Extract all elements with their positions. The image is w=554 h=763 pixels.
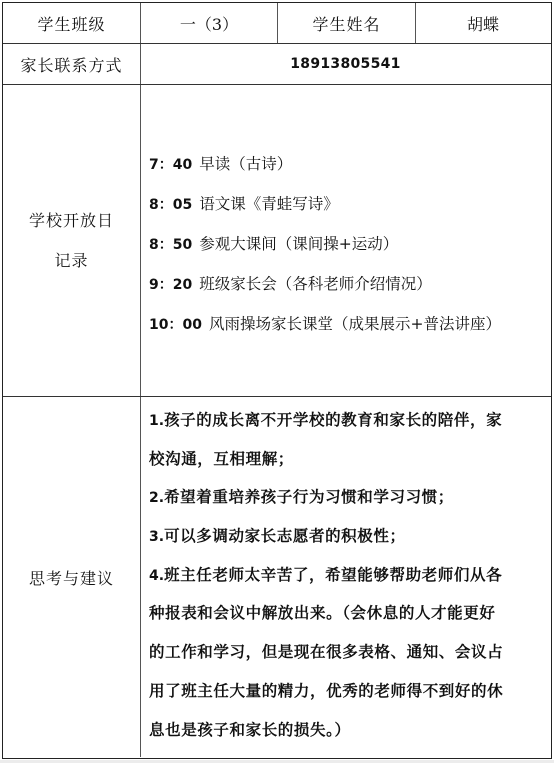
schedule-activity: 班级家长会（各科老师介绍情况）	[199, 275, 432, 293]
suggestion-line: 息也是孩子和家长的损失。）	[149, 711, 503, 750]
class-value-cell: 一（3）	[140, 3, 277, 43]
student-info-row: 学生班级 一（3） 学生姓名 胡蝶	[3, 3, 551, 44]
schedule-item: 9：20班级家长会（各科老师介绍情况）	[149, 264, 501, 304]
name-value-cell: 胡蝶	[415, 3, 550, 43]
schedule-time: 10：00	[149, 317, 202, 333]
suggestion-text: 的工作和学习，但是现在很多表格、通知、会议占	[149, 642, 503, 661]
schedule-time: 9：20	[149, 277, 192, 293]
contact-row: 家长联系方式 18913805541	[3, 44, 551, 85]
schedule-activity: 语文课《青蛙写诗》	[199, 195, 339, 213]
suggestions-content-cell: 1.孩子的成长离不开学校的教育和家长的陪伴，家 校沟通，互相理解； 2.希望着重…	[140, 397, 550, 757]
suggestion-text: 用了班主任大量的精力，优秀的老师得不到好的休	[149, 681, 503, 700]
suggestion-text: 校沟通，互相理解；	[149, 449, 294, 468]
suggestion-text: 班主任老师太辛苦了，希望能够帮助老师们从各	[164, 565, 502, 584]
open-day-label-line1: 学校开放日	[29, 201, 114, 241]
schedule-activity: 早读（古诗）	[199, 155, 292, 173]
suggestion-text: 孩子的成长离不开学校的教育和家长的陪伴，家	[164, 410, 502, 429]
suggestions-text: 1.孩子的成长离不开学校的教育和家长的陪伴，家 校沟通，互相理解； 2.希望着重…	[149, 401, 503, 749]
schedule-item: 8：05语文课《青蛙写诗》	[149, 184, 501, 224]
name-label: 学生姓名	[312, 12, 380, 35]
suggestion-line: 用了班主任大量的精力，优秀的老师得不到好的休	[149, 672, 503, 711]
suggestion-line: 的工作和学习，但是现在很多表格、通知、会议占	[149, 633, 503, 672]
parent-phone: 18913805541	[290, 56, 400, 72]
open-day-label-cell: 学校开放日 记录	[3, 85, 140, 396]
suggestion-line: 种报表和会议中解放出来。（会休息的人才能更好	[149, 594, 503, 633]
contact-phone-cell: 18913805541	[140, 44, 550, 84]
name-label-cell: 学生姓名	[277, 3, 415, 43]
class-value: 一（3）	[180, 12, 238, 35]
schedule-activity: 风雨操场家长课堂（成果展示+普法讲座）	[209, 315, 501, 333]
open-day-content-cell: 7：40早读（古诗） 8：05语文课《青蛙写诗》 8：50参观大课间（课间操+运…	[140, 85, 550, 396]
suggestion-text: 息也是孩子和家长的损失。）	[149, 720, 351, 739]
schedule-list: 7：40早读（古诗） 8：05语文课《青蛙写诗》 8：50参观大课间（课间操+运…	[149, 144, 501, 344]
suggestion-number: 2.	[149, 490, 164, 506]
suggestion-line: 4.班主任老师太辛苦了，希望能够帮助老师们从各	[149, 556, 503, 595]
suggestion-text: 希望着重培养孩子行为习惯和学习习惯；	[164, 487, 454, 506]
suggestion-number: 1.	[149, 413, 164, 429]
schedule-activity: 参观大课间（课间操+运动）	[199, 235, 398, 253]
suggestion-text: 可以多调动家长志愿者的积极性；	[164, 526, 406, 545]
suggestion-line: 3.可以多调动家长志愿者的积极性；	[149, 517, 503, 556]
class-label: 学生班级	[37, 12, 105, 35]
suggestion-line: 校沟通，互相理解；	[149, 440, 503, 479]
suggestions-label: 思考与建议	[29, 566, 114, 589]
suggestion-number: 3.	[149, 529, 164, 545]
open-day-row: 学校开放日 记录 7：40早读（古诗） 8：05语文课《青蛙写诗》 8：50参观…	[3, 85, 551, 397]
schedule-time: 7：40	[149, 157, 192, 173]
schedule-time: 8：50	[149, 237, 192, 253]
suggestion-number: 4.	[149, 568, 164, 584]
schedule-item: 8：50参观大课间（课间操+运动）	[149, 224, 501, 264]
suggestions-label-cell: 思考与建议	[3, 397, 140, 757]
suggestion-text: 种报表和会议中解放出来。（会休息的人才能更好	[149, 603, 495, 622]
suggestion-line: 1.孩子的成长离不开学校的教育和家长的陪伴，家	[149, 401, 503, 440]
suggestions-row: 思考与建议 1.孩子的成长离不开学校的教育和家长的陪伴，家 校沟通，互相理解； …	[3, 397, 551, 757]
schedule-item: 7：40早读（古诗）	[149, 144, 501, 184]
schedule-time: 8：05	[149, 197, 192, 213]
open-day-label-line2: 记录	[54, 241, 88, 281]
contact-label-cell: 家长联系方式	[3, 44, 140, 84]
suggestion-line: 2.希望着重培养孩子行为习惯和学习习惯；	[149, 478, 503, 517]
parent-feedback-form-table: 学生班级 一（3） 学生姓名 胡蝶 家长联系方式 18913805541 学校开…	[2, 2, 552, 759]
schedule-item: 10：00风雨操场家长课堂（成果展示+普法讲座）	[149, 304, 501, 344]
contact-label: 家长联系方式	[20, 53, 122, 76]
name-value: 胡蝶	[467, 12, 499, 35]
class-label-cell: 学生班级	[3, 3, 140, 43]
